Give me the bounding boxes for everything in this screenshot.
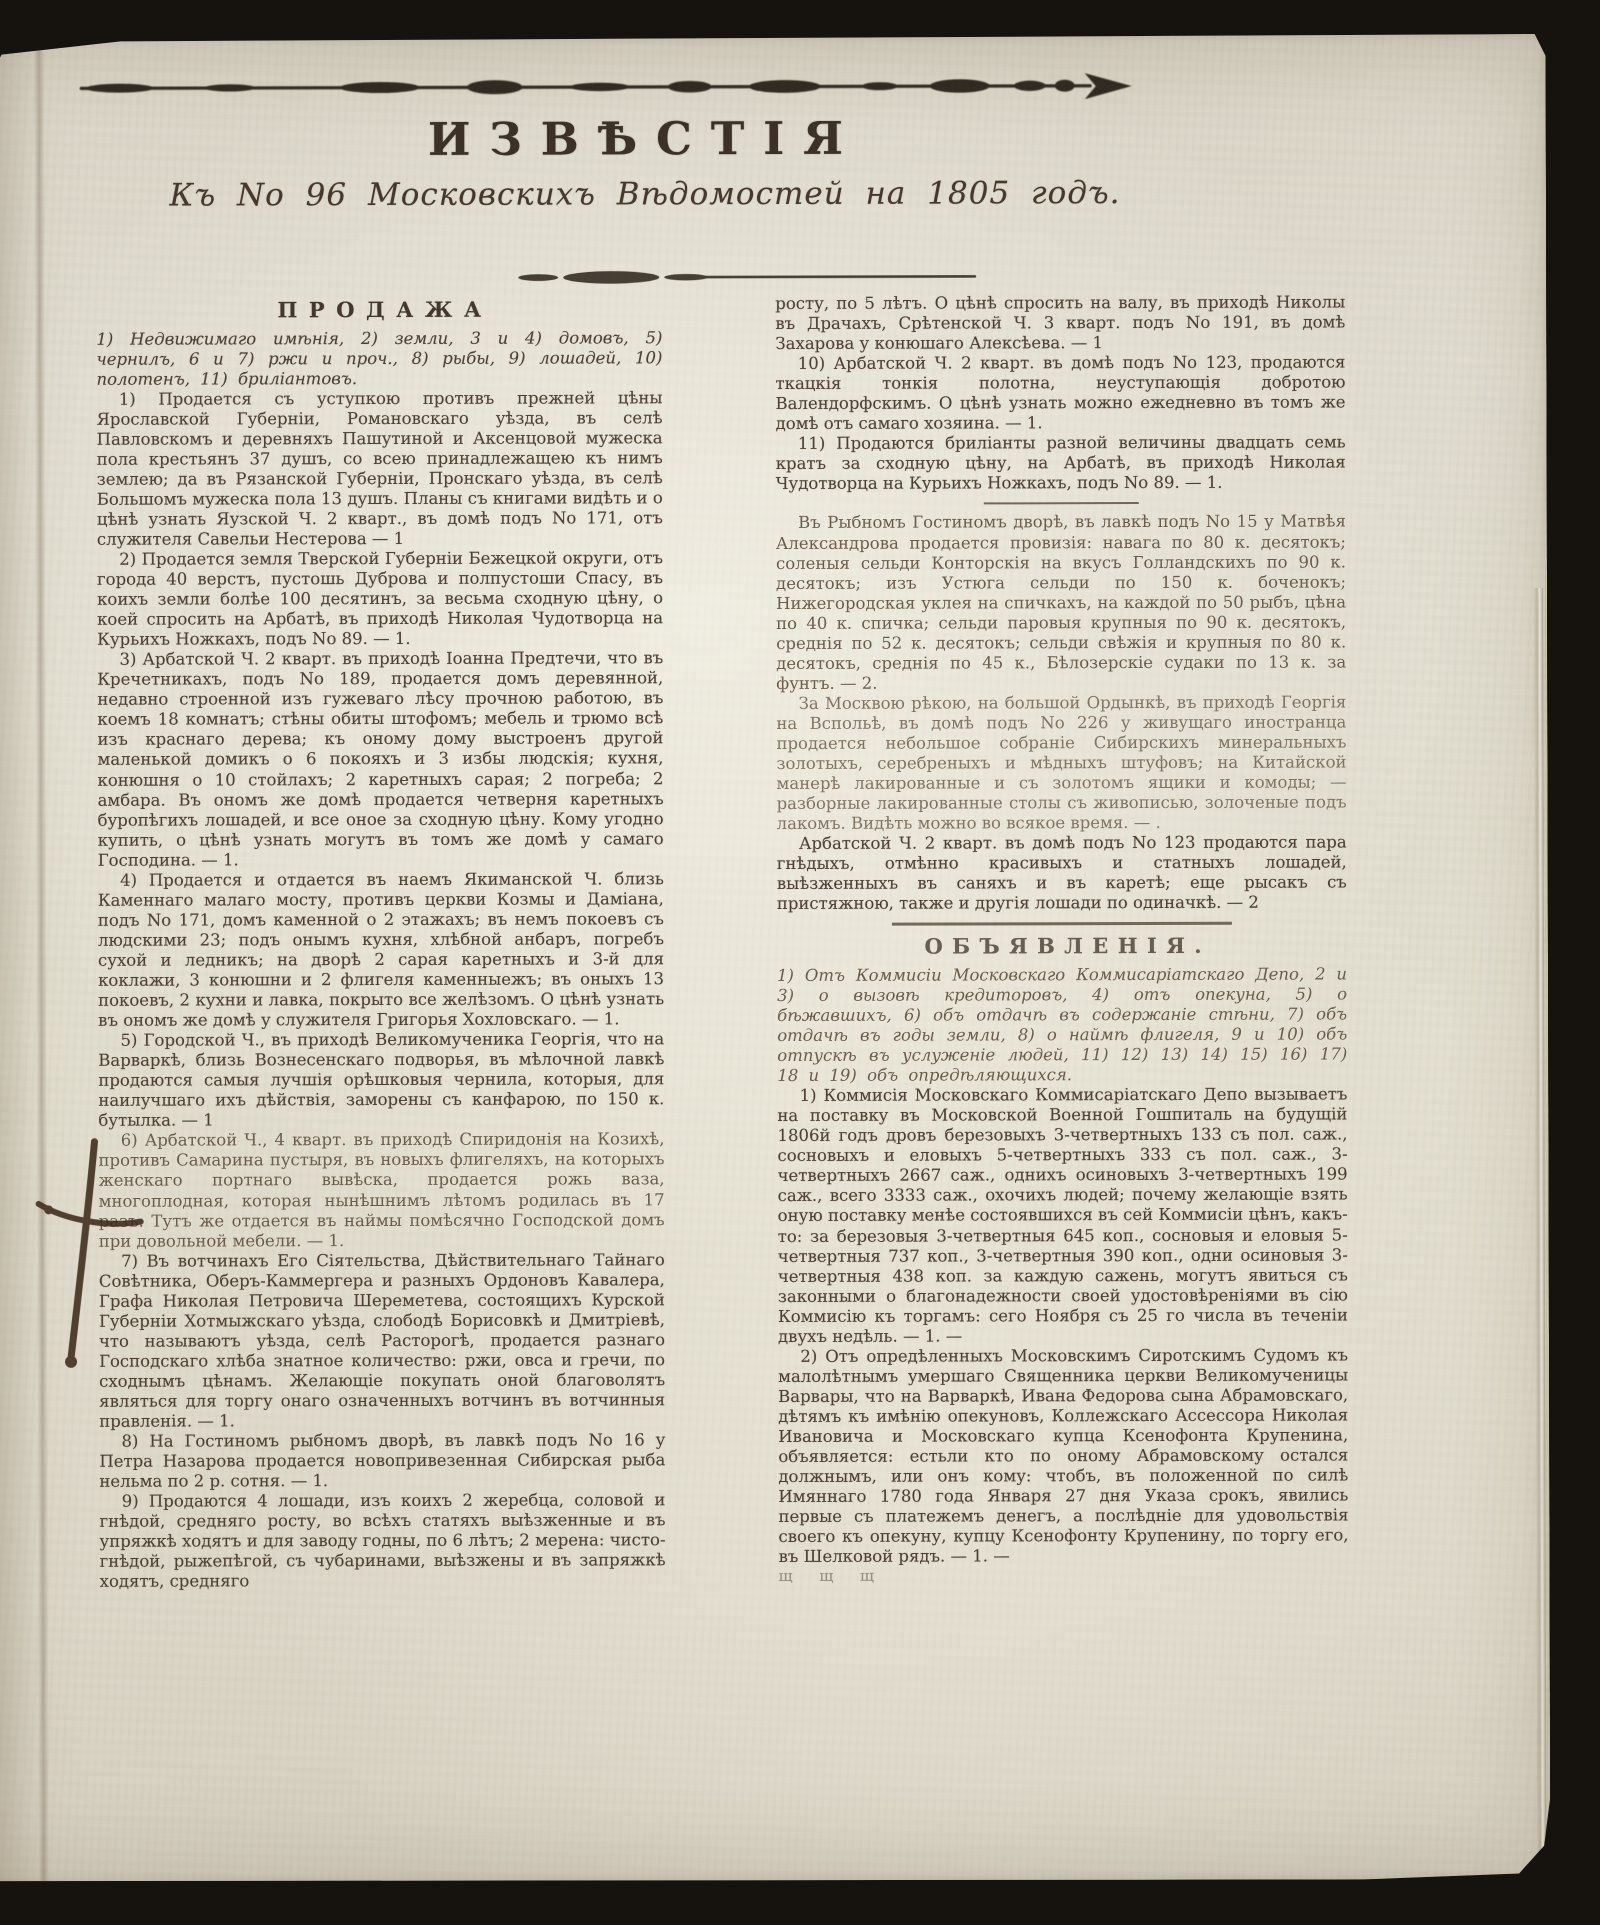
page-subtitle: Къ No 96 Московскихъ Вѣдомостей на 1805 … bbox=[50, 175, 1240, 214]
announcement-item-2: 2) Отъ опредѣленныхъ Московскимъ Сиротск… bbox=[778, 1345, 1349, 1567]
sale-item-9-continuation: росту, по 5 лѣтъ. О цѣнѣ спросить на вал… bbox=[775, 292, 1345, 354]
section-divider bbox=[892, 922, 1232, 926]
printer-signature-mark: щ щ щ bbox=[779, 1566, 1349, 1586]
subtitle-ornament-rule bbox=[516, 265, 976, 288]
newspaper-page: ИЗВѢСТІЯ Къ No 96 Московскихъ Вѣдомостей… bbox=[0, 34, 1550, 1883]
sale-item-5: 5) Городской Ч., въ приходѣ Великомучени… bbox=[98, 1029, 664, 1131]
spine-shading bbox=[0, 38, 40, 1883]
sale-item-7: 7) Въ вотчинахъ Его Сіятельства, Дѣйстви… bbox=[99, 1250, 665, 1432]
fold-crease bbox=[34, 38, 51, 1883]
page-title: ИЗВѢСТІЯ bbox=[50, 111, 1240, 167]
handwritten-cross-mark bbox=[24, 1134, 155, 1404]
sale-item-4: 4) Продается и отдается въ наемъ Якиманс… bbox=[98, 869, 664, 1031]
sales-heading: ПРОДАЖА bbox=[96, 296, 662, 323]
section-divider bbox=[983, 502, 1138, 504]
sale-item-2: 2) Продается земля Тверской Губерніи Беж… bbox=[97, 548, 663, 650]
notice-foreigner-collection: За Москвою рѣкою, на большой Ордынкѣ, въ… bbox=[776, 692, 1346, 834]
sale-item-8: 8) На Гостиномъ рыбномъ дворѣ, въ лавкѣ … bbox=[99, 1430, 665, 1492]
notice-horses-pair: Арбатской Ч. 2 кварт. въ домѣ подъ No 12… bbox=[777, 833, 1347, 915]
left-column: ПРОДАЖА 1) Недвижимаго имѣнія, 2) земли,… bbox=[96, 294, 665, 1592]
announcements-heading: ОБЪЯВЛЕНІЯ. bbox=[777, 933, 1347, 960]
sale-item-9: 9) Продаются 4 лошади, изъ коихъ 2 жереб… bbox=[99, 1490, 665, 1592]
announcement-item-1: 1) Коммисія Московскаго Коммисаріатскаго… bbox=[777, 1085, 1348, 1347]
sale-item-10: 10) Арбатской Ч. 2 кварт. въ домѣ подъ N… bbox=[775, 353, 1345, 435]
announcements-index: 1) Отъ Коммисіи Московскаго Коммисаріатс… bbox=[777, 964, 1347, 1086]
sale-item-6: 6) Арбатской Ч., 4 кварт. въ приходѣ Спи… bbox=[98, 1130, 664, 1252]
sale-item-3: 3) Арбатской Ч. 2 кварт. въ приходѣ Іоан… bbox=[97, 649, 664, 871]
sale-item-1: 1) Продается съ уступкою противъ прежней… bbox=[97, 388, 663, 550]
right-column: росту, по 5 лѣтъ. О цѣнѣ спросить на вал… bbox=[775, 292, 1348, 1585]
masthead-ornament-rule bbox=[80, 69, 1140, 106]
sales-index: 1) Недвижимаго имѣнія, 2) земли, 3 и 4) … bbox=[96, 328, 662, 390]
sale-item-11: 11) Продаются бриліанты разной величины … bbox=[776, 433, 1346, 495]
notice-fish-market: Въ Рыбномъ Гостиномъ дворѣ, въ лавкѣ под… bbox=[776, 512, 1346, 694]
